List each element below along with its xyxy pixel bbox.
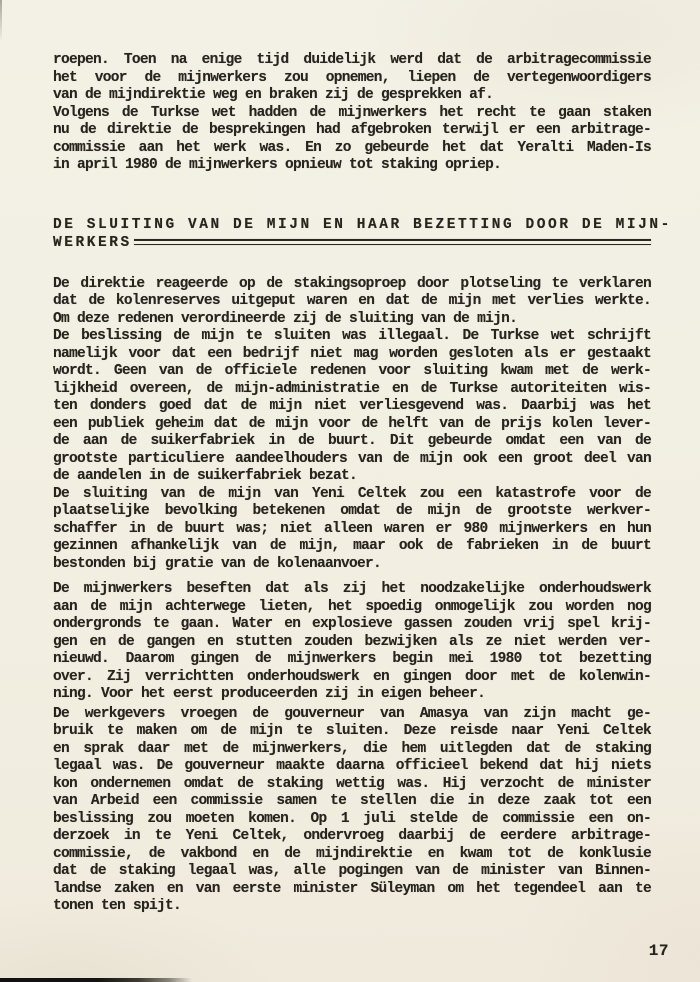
- text-line: commissie aan het werk was. En zo gebeur…: [53, 140, 651, 158]
- text-line: plaatselijke bevolking betekenen omdat d…: [53, 503, 651, 521]
- paragraph: roepen. Toen na enige tijd duidelijk wer…: [53, 52, 651, 175]
- heading-double-underline: [134, 239, 651, 245]
- text-line: een publiek geheim dat de mijn voor de h…: [53, 416, 651, 434]
- text-line: ondergronds te gaan. Water en explosieve…: [53, 616, 651, 634]
- text-line: roepen. Toen na enige tijd duidelijk wer…: [53, 52, 651, 70]
- text-line: nu de direktie de besprekingen had afgeb…: [53, 122, 651, 140]
- text-line: De werkgevers vroegen de gouverneur van …: [53, 706, 651, 724]
- section-heading-line1: DE SLUITING VAN DE MIJN EN HAAR BEZETTIN…: [53, 216, 651, 234]
- text-line: ten donders goed dat de mijn niet verlie…: [53, 398, 651, 416]
- text-line: Volgens de Turkse wet hadden de mijnwerk…: [53, 105, 651, 123]
- text-line: aan de mijn achterwege lieten, het spoed…: [53, 599, 651, 617]
- section-heading: DE SLUITING VAN DE MIJN EN HAAR BEZETTIN…: [53, 216, 651, 252]
- scan-artifact-bottom-bar: [0, 978, 192, 982]
- text-line: Om deze redenen verordineerde zij de slu…: [53, 311, 651, 329]
- text-line: dat de kolenreserves uitgeput waren en d…: [53, 293, 651, 311]
- text-line: en sprak daar met de mijnwerkers, die he…: [53, 741, 651, 759]
- text-line: grootste particuliere aandeelhouders van…: [53, 451, 651, 469]
- text-line: nieuwd. Daarom gingen de mijnwerkers beg…: [53, 651, 651, 669]
- text-line: beslissing zou moeten komen. Op 1 juli s…: [53, 811, 651, 829]
- text-line: over. Zij verrichtten onderhoudswerk en …: [53, 669, 651, 687]
- paragraph: De werkgevers vroegen de gouverneur van …: [53, 706, 651, 916]
- text-line: gezinnen afhankelijk van de mijn, maar o…: [53, 538, 651, 556]
- text-line: kon ondernemen omdat de staking wettig w…: [53, 776, 651, 794]
- text-line: landse zaken en van eerste minister Süle…: [53, 881, 651, 899]
- text-line: in april 1980 de mijnwerkers opnieuw tot…: [53, 157, 651, 175]
- scanned-page: roepen. Toen na enige tijd duidelijk wer…: [0, 0, 700, 982]
- text-line: van Arbeid een commissie samen te stelle…: [53, 793, 651, 811]
- scan-artifact-left-streak: [0, 0, 2, 42]
- paragraph: De direktie reageerde op de stakingsopro…: [53, 276, 651, 329]
- text-line: De mijnwerkers beseften dat als zij het …: [53, 581, 651, 599]
- text-line: de aandelen in de suikerfabriek bezat.: [53, 468, 651, 486]
- text-line: bruik te maken om de mijn te sluiten. De…: [53, 723, 651, 741]
- text-line: commissie, de vakbond en de mijndirektie…: [53, 846, 651, 864]
- text-line: gen en de gangen en stutten zouden bezwi…: [53, 634, 651, 652]
- text-line: dat de staking legaal was, alle pogingen…: [53, 863, 651, 881]
- text-line: De direktie reageerde op de stakingsopro…: [53, 276, 651, 294]
- text-line: lijkheid overeen, de mijn-administratie …: [53, 381, 651, 399]
- text-line: schaffer in de buurt was; niet alleen wa…: [53, 521, 651, 539]
- paragraph: De beslissing de mijn te sluiten was ill…: [53, 328, 651, 486]
- text-line: derzoek in te Yeni Celtek, ondervroeg da…: [53, 828, 651, 846]
- text-line: ning. Voor het eerst produceerden zij in…: [53, 686, 651, 704]
- section-heading-word: WERKERS: [53, 234, 132, 252]
- section-heading-line2: WERKERS: [53, 234, 651, 252]
- text-line: De beslissing de mijn te sluiten was ill…: [53, 328, 651, 346]
- page-number: 17: [649, 942, 669, 960]
- text-line: de aan de suikerfabriek in de buurt. Dit…: [53, 433, 651, 451]
- text-line: De sluiting van de mijn van Yeni Celtek …: [53, 486, 651, 504]
- paragraph: De sluiting van de mijn van Yeni Celtek …: [53, 486, 651, 574]
- text-line: het voor de mijnwerkers zou opnemen, lie…: [53, 70, 651, 88]
- paragraph: De mijnwerkers beseften dat als zij het …: [53, 581, 651, 704]
- text-line: van de mijndirektie weg en braken zij de…: [53, 87, 651, 105]
- text-column: roepen. Toen na enige tijd duidelijk wer…: [53, 0, 651, 916]
- text-line: namelijk voor dat een bedrijf niet mag w…: [53, 346, 651, 364]
- text-line: legaal was. De gouverneur maakte daarna …: [53, 758, 651, 776]
- text-line: tonen ten spijt.: [53, 898, 651, 916]
- text-line: wordt. Geen van de officiele redenen voo…: [53, 363, 651, 381]
- text-line: bestonden bij gratie van de kolenaanvoer…: [53, 556, 651, 574]
